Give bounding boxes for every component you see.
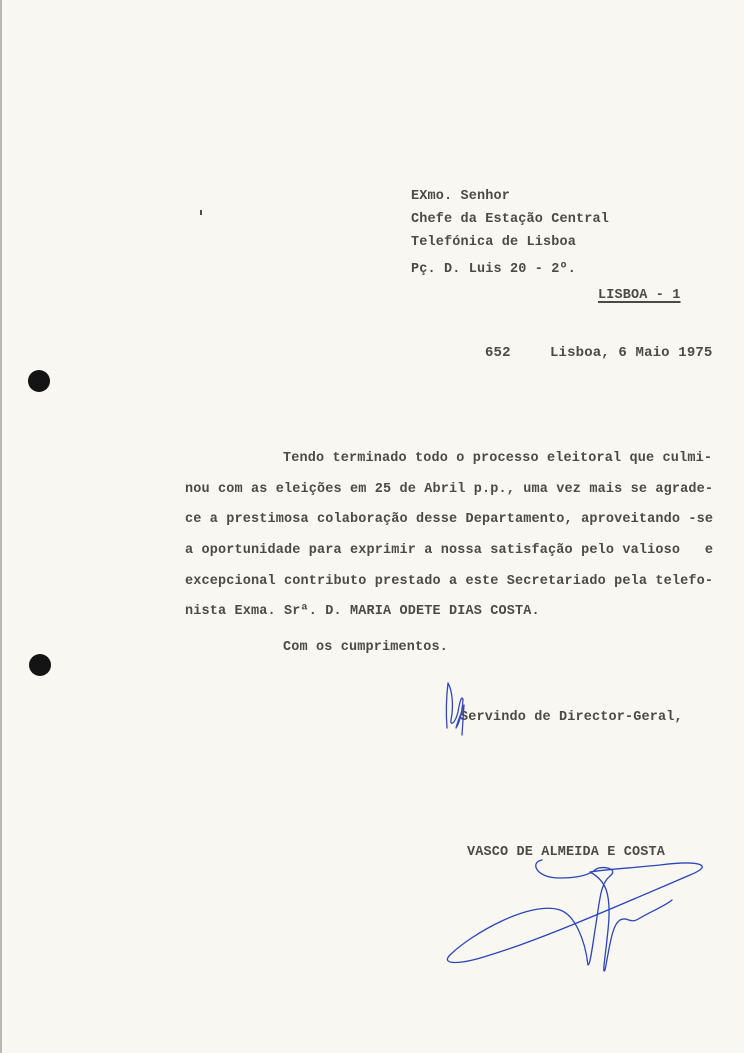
ink-speck [200, 210, 202, 215]
body-line: nou com as eleições em 25 de Abril p.p.,… [185, 482, 713, 497]
body-line: a oportunidade para exprimir a nossa sat… [185, 543, 713, 558]
recipient-line-2: Telefónica de Lisboa [411, 235, 576, 250]
reference-number: 652 [485, 345, 511, 361]
recipient-salutation: EXmo. Senhor [411, 189, 510, 204]
body-line: Tendo terminado todo o processo eleitora… [283, 451, 712, 466]
letter-page: EXmo. Senhor Chefe da Estação Central Te… [0, 0, 744, 1053]
recipient-line-1: Chefe da Estação Central [411, 212, 609, 227]
body-line: excepcional contributo prestado a este S… [185, 574, 713, 589]
signatory-name: VASCO DE ALMEIDA E COSTA [467, 845, 665, 860]
place-date: Lisboa, 6 Maio 1975 [550, 345, 712, 361]
body-line: ce a prestimosa colaboração desse Depart… [185, 512, 713, 527]
punch-hole-bottom [29, 654, 51, 676]
initials-mark [446, 683, 464, 735]
recipient-address: Pç. D. Luis 20 - 2º. [411, 262, 576, 277]
page-edge [0, 0, 2, 1053]
closing: Com os cumprimentos. [283, 640, 448, 655]
signatory-role: Servindo de Director-Geral, [460, 710, 683, 725]
signature-mark [447, 860, 702, 971]
punch-hole-top [28, 370, 50, 392]
recipient-city: LISBOA - 1 [598, 288, 681, 303]
body-line: nista Exma. Srª. D. MARIA ODETE DIAS COS… [185, 604, 540, 619]
